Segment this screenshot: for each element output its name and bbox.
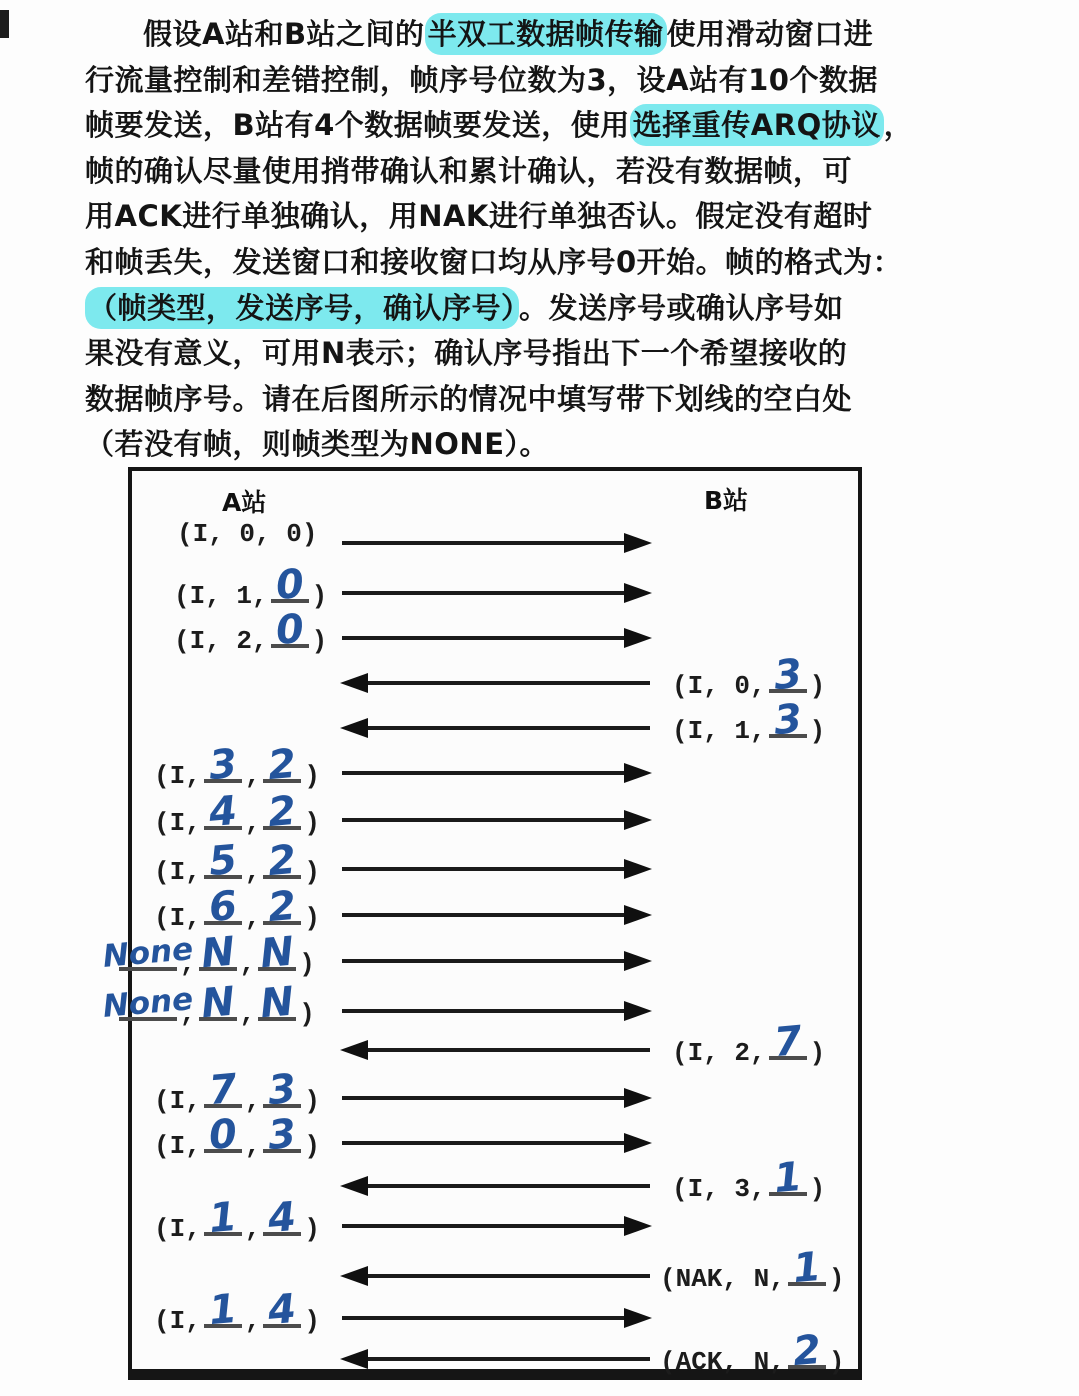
station-b-label: B站 [704, 481, 748, 517]
printed-text: ) [304, 903, 320, 933]
arrow-shaft [366, 1357, 650, 1361]
arrow-shaft [342, 867, 626, 871]
printed-text: ) [304, 1086, 320, 1116]
frame-row: (NAK, N,1) [132, 1252, 858, 1296]
paragraph-line: （若没有帧，则帧类型为NONE）。 [85, 422, 925, 468]
arrow-shaft [342, 591, 626, 595]
arrow-shaft [342, 1009, 626, 1013]
arrow-shaft [342, 771, 626, 775]
arrow-shaft [342, 1141, 626, 1145]
printed-text: ) [312, 581, 328, 611]
problem-statement: 假设A站和B站之间的半双工数据帧传输使用滑动窗口进行流量控制和差错控制，帧序号位… [85, 12, 925, 468]
frame-row: (I,5,2) [132, 845, 858, 889]
arrow-left-icon [340, 1040, 652, 1060]
blank-field: 3 [263, 1119, 301, 1153]
frame-label: (ACK, N,2) [660, 1335, 844, 1377]
arrow-right-icon [340, 1133, 652, 1153]
frame-label: (I, 2,7) [672, 1026, 825, 1068]
arrow-left-icon [340, 718, 652, 738]
printed-text: , [240, 999, 256, 1029]
blank-field: 3 [769, 704, 807, 738]
blank-field: N [199, 937, 237, 971]
blank-field: 1 [788, 1252, 826, 1286]
frame-label: (I,1,4) [154, 1202, 320, 1244]
highlight-run: 半双工数据帧传输 [425, 13, 667, 55]
blank-field: 2 [263, 749, 301, 783]
frame-row: (ACK, N,2) [132, 1335, 858, 1379]
arrow-shaft [366, 1048, 650, 1052]
printed-text: ) [299, 999, 315, 1029]
paragraph-line: 帧的确认尽量使用捎带确认和累计确认，若没有数据帧，可 [85, 149, 925, 195]
arrowhead-icon [340, 1176, 368, 1196]
highlight-run: （帧类型，发送序号，确认序号） [85, 287, 519, 329]
frame-row: (I,0,3) [132, 1119, 858, 1163]
handwritten-ink: N [259, 932, 296, 975]
arrow-right-icon [340, 859, 652, 879]
frame-label: (NAK, N,1) [660, 1252, 844, 1294]
printed-text: ) [304, 857, 320, 887]
arrow-shaft [366, 1184, 650, 1188]
arrowhead-icon [340, 673, 368, 693]
arrow-shaft [366, 681, 650, 685]
printed-text: (I, 3, [672, 1174, 766, 1204]
printed-text: , [245, 1131, 261, 1161]
arrow-shaft [342, 636, 626, 640]
blank-field: 2 [263, 845, 301, 879]
handwritten-ink: 0 [274, 609, 305, 651]
blank-field: 1 [204, 1202, 242, 1236]
handwritten-ink: 3 [207, 744, 238, 786]
handwritten-ink: None [102, 984, 195, 1023]
blank-field: 2 [788, 1335, 826, 1369]
printed-text: ) [810, 1174, 826, 1204]
printed-text: (I, 0, [672, 671, 766, 701]
frame-row: (I,7,3) [132, 1074, 858, 1118]
handwritten-ink: 3 [267, 1069, 298, 1111]
frame-label: (I,1,4) [154, 1294, 320, 1336]
printed-text: (I, [154, 1306, 201, 1336]
frame-label: (I, 2,0) [174, 614, 327, 656]
printed-text: (I, [154, 808, 201, 838]
frame-label: (I, 3,1) [672, 1162, 825, 1204]
blank-field: 0 [204, 1119, 242, 1153]
blank-field: 0 [271, 569, 309, 603]
handwritten-ink: 3 [772, 654, 803, 696]
frame-row: (I, 2,7) [132, 1026, 858, 1070]
arrowhead-icon [340, 718, 368, 738]
arrowhead-icon [624, 628, 652, 648]
handwritten-ink: 4 [267, 1289, 298, 1331]
sequence-diagram: A站 B站 (I, 0, 0)(I, 1,0)(I, 2,0)(I, 0,3)(… [128, 467, 862, 1380]
printed-text: , [245, 1086, 261, 1116]
paragraph-line: 用ACK进行单独确认，用NAK进行单独否认。假定没有超时 [85, 194, 925, 240]
frame-row: (I, 0,3) [132, 659, 858, 703]
frame-label: (I,5,2) [154, 845, 320, 887]
arrowhead-icon [624, 905, 652, 925]
paragraph-line: 和帧丢失，发送窗口和接收窗口均从序号0开始。帧的格式为： [85, 240, 925, 286]
text-run: 。发送序号或确认序号如 [519, 291, 844, 325]
blank-field: N [258, 937, 296, 971]
paragraph-line: 行流量控制和差错控制，帧序号位数为3，设A站有10个数据 [85, 58, 925, 104]
arrow-shaft [366, 1274, 650, 1278]
printed-text: (I, [154, 1131, 201, 1161]
arrow-shaft [342, 818, 626, 822]
text-run: 帧要发送，B站有4个数据帧要发送，使用 [85, 108, 630, 142]
blank-field: 6 [204, 891, 242, 925]
frame-row: (I, 1,0) [132, 569, 858, 613]
blank-field: 3 [769, 659, 807, 693]
printed-text: , [245, 808, 261, 838]
handwritten-ink: 1 [207, 1197, 238, 1239]
arrow-right-icon [340, 1216, 652, 1236]
frame-label: (I, 1,3) [672, 704, 825, 746]
printed-text: ) [810, 716, 826, 746]
arrow-shaft [342, 913, 626, 917]
arrow-right-icon [340, 1088, 652, 1108]
printed-text: ) [304, 1306, 320, 1336]
frame-label: (I,7,3) [154, 1074, 320, 1116]
handwritten-ink: 2 [267, 791, 298, 833]
arrowhead-icon [624, 1216, 652, 1236]
blank-field: 5 [204, 845, 242, 879]
arrow-left-icon [340, 1266, 652, 1286]
printed-text: ) [304, 808, 320, 838]
blank-field: 7 [204, 1074, 242, 1108]
handwritten-ink: 3 [267, 1114, 298, 1156]
frame-label: (I,3,2) [154, 749, 320, 791]
printed-text: , [245, 1306, 261, 1336]
printed-text: ) [304, 1131, 320, 1161]
blank-field: 2 [263, 891, 301, 925]
arrow-left-icon [340, 1349, 652, 1369]
text-run: ， [884, 108, 914, 142]
arrowhead-icon [340, 1040, 368, 1060]
scan-artifact [0, 10, 9, 38]
handwritten-ink: 2 [791, 1330, 822, 1372]
arrow-shaft [342, 959, 626, 963]
printed-text: ) [304, 1214, 320, 1244]
worksheet-page: 假设A站和B站之间的半双工数据帧传输使用滑动窗口进行流量控制和差错控制，帧序号位… [0, 0, 1079, 1396]
printed-text: , [245, 857, 261, 887]
printed-text: (I, 2, [174, 626, 268, 656]
frame-label: (I, 1,0) [174, 569, 327, 611]
printed-text: , [245, 903, 261, 933]
frame-row: (I, 0, 0) [132, 519, 858, 563]
text-run: 数据帧序号。请在后图所示的情况中填写带下划线的空白处 [85, 382, 852, 416]
paragraph-line: 果没有意义，可用N表示；确认序号指出下一个希望接收的 [85, 331, 925, 377]
frame-label: (I,6,2) [154, 891, 320, 933]
frame-label: None,N,N) [116, 937, 315, 979]
text-run: 用ACK进行单独确认，用NAK进行单独否认。假定没有超时 [85, 199, 872, 233]
printed-text: (I, [154, 903, 201, 933]
printed-text: (I, 2, [672, 1038, 766, 1068]
handwritten-ink: 7 [207, 1069, 238, 1111]
arrow-right-icon [340, 763, 652, 783]
arrow-right-icon [340, 628, 652, 648]
printed-text: ) [829, 1264, 845, 1294]
arrowhead-icon [340, 1349, 368, 1369]
arrow-shaft [342, 1316, 626, 1320]
handwritten-ink: N [259, 982, 296, 1025]
handwritten-ink: 2 [267, 744, 298, 786]
blank-field: 3 [263, 1074, 301, 1108]
arrow-right-icon [340, 533, 652, 553]
printed-text: ) [304, 761, 320, 791]
text-run: 假设A站和B站之间的 [143, 17, 425, 51]
arrowhead-icon [624, 583, 652, 603]
paragraph-line: （帧类型，发送序号，确认序号）。发送序号或确认序号如 [85, 286, 925, 332]
arrow-right-icon [340, 1308, 652, 1328]
station-a-label: A站 [222, 483, 266, 519]
printed-text: (I, [154, 1214, 201, 1244]
frame-label: (I,0,3) [154, 1119, 320, 1161]
printed-text: ) [810, 671, 826, 701]
blank-field: None [119, 987, 177, 1021]
text-run: 果没有意义，可用N表示；确认序号指出下一个希望接收的 [85, 336, 847, 370]
frame-row: (I,3,2) [132, 749, 858, 793]
handwritten-ink: 7 [772, 1021, 803, 1063]
printed-text: (NAK, N, [660, 1264, 785, 1294]
arrow-right-icon [340, 905, 652, 925]
blank-field: 3 [204, 749, 242, 783]
paragraph-line: 数据帧序号。请在后图所示的情况中填写带下划线的空白处 [85, 377, 925, 423]
text-run: 行流量控制和差错控制，帧序号位数为3，设A站有10个数据 [85, 63, 878, 97]
handwritten-ink: 2 [267, 886, 298, 928]
handwritten-ink: 2 [267, 840, 298, 882]
text-run: （若没有帧，则帧类型为NONE）。 [85, 427, 549, 461]
printed-text: , [245, 761, 261, 791]
frame-label: None,N,N) [116, 987, 315, 1029]
printed-text: ) [299, 949, 315, 979]
text-run: 帧的确认尽量使用捎带确认和累计确认，若没有数据帧，可 [85, 154, 852, 188]
paragraph-line: 帧要发送，B站有4个数据帧要发送，使用选择重传ARQ协议， [85, 103, 925, 149]
blank-field: 1 [769, 1162, 807, 1196]
handwritten-ink: 1 [791, 1247, 822, 1289]
frame-row: (I,4,2) [132, 796, 858, 840]
printed-text: (ACK, N, [660, 1347, 785, 1377]
handwritten-ink: 1 [207, 1289, 238, 1331]
arrowhead-icon [624, 810, 652, 830]
arrowhead-icon [624, 859, 652, 879]
printed-text: (I, [154, 1086, 201, 1116]
printed-text: , [240, 949, 256, 979]
handwritten-ink: N [199, 982, 236, 1025]
printed-text: (I, [154, 857, 201, 887]
arrowhead-icon [340, 1266, 368, 1286]
arrow-shaft [342, 1224, 626, 1228]
blank-field: 4 [204, 796, 242, 830]
blank-field: 7 [769, 1026, 807, 1060]
handwritten-ink: 0 [207, 1114, 238, 1156]
blank-field: None [119, 937, 177, 971]
frame-row: None,N,N) [132, 937, 858, 981]
arrowhead-icon [624, 763, 652, 783]
arrow-shaft [342, 541, 626, 545]
blank-field: 0 [271, 614, 309, 648]
frame-label: (I,4,2) [154, 796, 320, 838]
paragraph-line: 假设A站和B站之间的半双工数据帧传输使用滑动窗口进 [85, 12, 925, 58]
arrow-right-icon [340, 951, 652, 971]
printed-text: ) [312, 626, 328, 656]
arrow-shaft [342, 1096, 626, 1100]
printed-text: ) [829, 1347, 845, 1377]
arrowhead-icon [624, 1001, 652, 1021]
blank-field: N [258, 987, 296, 1021]
frame-row: (I, 3,1) [132, 1162, 858, 1206]
printed-text: (I, [154, 761, 201, 791]
frame-row: None,N,N) [132, 987, 858, 1031]
blank-field: 4 [263, 1294, 301, 1328]
text-run: 使用滑动窗口进 [667, 17, 874, 51]
handwritten-ink: 3 [772, 699, 803, 741]
handwritten-ink: None [102, 934, 195, 973]
printed-text: (I, 1, [672, 716, 766, 746]
arrowhead-icon [624, 533, 652, 553]
blank-field: N [199, 987, 237, 1021]
arrowhead-icon [624, 1088, 652, 1108]
arrow-shaft [366, 726, 650, 730]
printed-text: (I, 1, [174, 581, 268, 611]
frame-row: (I,6,2) [132, 891, 858, 935]
blank-field: 1 [204, 1294, 242, 1328]
arrow-left-icon [340, 1176, 652, 1196]
frame-row: (I, 2,0) [132, 614, 858, 658]
handwritten-ink: 4 [267, 1197, 298, 1239]
handwritten-ink: 4 [207, 791, 238, 833]
blank-field: 2 [263, 796, 301, 830]
frame-label: (I, 0,3) [672, 659, 825, 701]
frame-row: (I,1,4) [132, 1202, 858, 1246]
highlight-run: 选择重传ARQ协议 [630, 104, 884, 146]
text-run: 和帧丢失，发送窗口和接收窗口均从序号0开始。帧的格式为： [85, 245, 902, 279]
frame-row: (I, 1,3) [132, 704, 858, 748]
handwritten-ink: 0 [274, 564, 305, 606]
printed-text: ) [810, 1038, 826, 1068]
frame-row: (I,1,4) [132, 1294, 858, 1338]
arrowhead-icon [624, 951, 652, 971]
handwritten-ink: 5 [207, 840, 238, 882]
handwritten-ink: 1 [772, 1157, 803, 1199]
frame-label: (I, 0, 0) [177, 519, 317, 549]
handwritten-ink: 6 [207, 886, 238, 928]
blank-field: 4 [263, 1202, 301, 1236]
arrow-right-icon [340, 583, 652, 603]
arrowhead-icon [624, 1133, 652, 1153]
arrow-right-icon [340, 810, 652, 830]
printed-text: (I, 0, 0) [177, 519, 317, 549]
arrow-right-icon [340, 1001, 652, 1021]
arrowhead-icon [624, 1308, 652, 1328]
printed-text: , [245, 1214, 261, 1244]
handwritten-ink: N [199, 932, 236, 975]
arrow-left-icon [340, 673, 652, 693]
